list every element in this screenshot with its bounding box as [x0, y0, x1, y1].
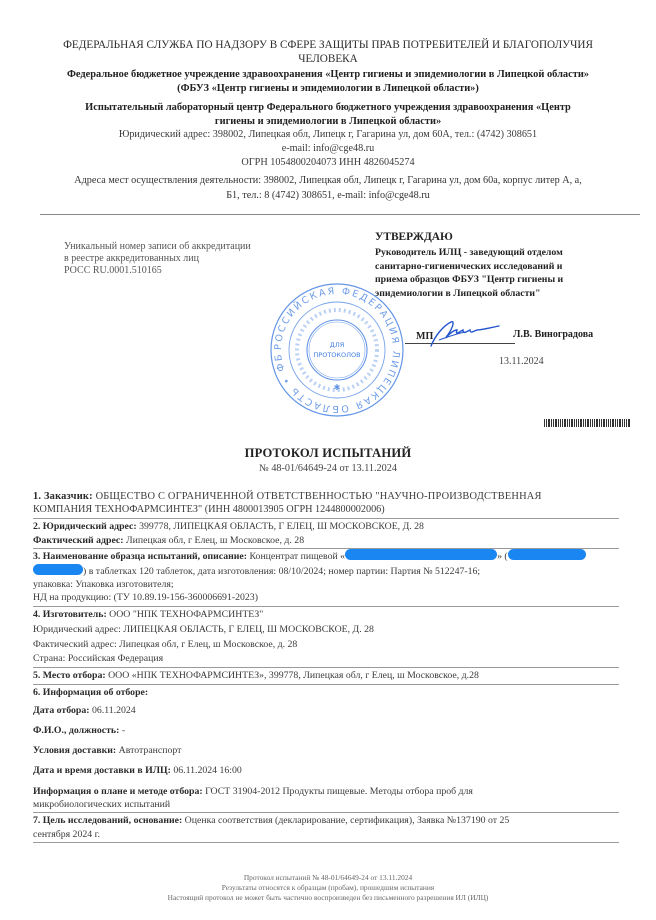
manufacturer-label: 4. Изготовитель:: [33, 609, 107, 620]
protocol-sections: 1. Заказчик: ОБЩЕСТВО С ОГРАНИЧЕННОЙ ОТВ…: [33, 490, 619, 843]
manufacturer-value: ООО "НПК ТЕХНОФАРМСИНТЕЗ": [107, 609, 264, 620]
institution-line-2: (ФБУЗ «Центр гигиены и эпидемиологии в Л…: [20, 82, 636, 96]
lab-line-1: Испытательный лабораторный центр Федерал…: [40, 101, 616, 115]
sample-nd: НД на продукцию: (ТУ 10.89.19-156-360006…: [33, 591, 619, 604]
approver-position-line-1: Руководитель ИЛЦ - заведующий отделом: [375, 246, 620, 260]
sampling-method-value: ГОСТ 31904-2012 Продукты пищевые. Методы…: [203, 786, 473, 797]
stamp-mark-label: МП: [416, 331, 433, 342]
sampling-place-label: 5. Место отбора:: [33, 670, 106, 681]
redaction-bar: [33, 564, 83, 575]
sampling-date-value: 06.11.2024: [90, 705, 136, 716]
activity-address-line-1: Адреса мест осуществления деятельности: …: [40, 173, 616, 188]
sampling-info-label: 6. Информация об отборе:: [33, 685, 619, 701]
person-value: -: [119, 725, 125, 736]
official-stamp-icon: РОССИЙСКАЯ ФЕДЕРАЦИЯ ЛИПЕЦКАЯ ОБЛАСТЬ • …: [268, 281, 406, 419]
sampling-method-value-line-2: микробиологических испытаний: [33, 798, 619, 811]
customer-label: 1. Заказчик:: [33, 491, 93, 502]
section-sample: 3. Наименование образца испытаний, описа…: [33, 549, 619, 607]
purpose-label: 7. Цель исследований, основание:: [33, 815, 182, 826]
sample-packaging: упаковка: Упаковка изготовителя;: [33, 578, 619, 591]
lab-email: e-mail: info@cge48.ru: [40, 142, 616, 156]
purpose-value-line-2: сентября 2024 г.: [33, 828, 619, 841]
delivery-time-value: 06.11.2024 16:00: [171, 765, 242, 776]
agency-line-2: ЧЕЛОВЕКА: [30, 52, 626, 66]
svg-text:✱: ✱: [334, 383, 341, 392]
sample-value-part-3: ) в таблетках 120 таблеток, дата изготов…: [83, 566, 480, 577]
sampling-method-label: Информация о плане и методе отбора:: [33, 786, 203, 797]
agency-header: ФЕДЕРАЛЬНАЯ СЛУЖБА ПО НАДЗОРУ В СФЕРЕ ЗА…: [30, 38, 626, 66]
protocol-number: № 48-01/64649-24 от 13.11.2024: [0, 463, 656, 474]
footer-line-3: Настоящий протокол не может быть частичн…: [0, 893, 656, 903]
accreditation-number: РОСС RU.0001.510165: [64, 265, 251, 277]
agency-line-1: ФЕДЕРАЛЬНАЯ СЛУЖБА ПО НАДЗОРУ В СФЕРЕ ЗА…: [30, 38, 626, 52]
manufacturer-actual-address: Фактический адрес: Липецкая обл, г Елец,…: [33, 637, 619, 652]
customer-value-line-2: КОМПАНИЯ ТЕХНОФАРМСИНТЕЗ" (ИНН 480001390…: [33, 503, 619, 516]
ogrn-inn: ОГРН 1054800204073 ИНН 4826045274: [40, 156, 616, 170]
lab-header: Испытательный лабораторный центр Федерал…: [40, 101, 616, 128]
legal-address-value: 399778, ЛИПЕЦКАЯ ОБЛАСТЬ, Г ЕЛЕЦ, Ш МОСК…: [137, 521, 424, 532]
redaction-bar: [345, 549, 497, 560]
section-purpose: 7. Цель исследований, основание: Оценка …: [33, 813, 619, 843]
legal-address-label: 2. Юридический адрес:: [33, 521, 137, 532]
protocol-title: ПРОТОКОЛ ИСПЫТАНИЙ: [0, 446, 656, 461]
approval-block: УТВЕРЖДАЮ Руководитель ИЛЦ - заведующий …: [375, 231, 620, 300]
customer-value: ОБЩЕСТВО С ОГРАНИЧЕННОЙ ОТВЕТСТВЕННОСТЬЮ…: [93, 491, 542, 502]
manufacturer-country: Страна: Российская Федерация: [33, 652, 619, 666]
institution-header: Федеральное бюджетное учреждение здравоо…: [20, 68, 636, 95]
header-divider: [40, 214, 640, 215]
approval-date: 13.11.2024: [499, 356, 544, 367]
section-sampling-place: 5. Место отбора: ООО «НПК ТЕХНОФАРМСИНТЕ…: [33, 668, 619, 685]
delivery-time-label: Дата и время доставки в ИЛЦ:: [33, 765, 171, 776]
purpose-value: Оценка соответствия (декларирование, сер…: [182, 815, 509, 826]
accreditation-line-2: в реестре аккредитованных лиц: [64, 253, 251, 265]
section-legal-address: 2. Юридический адрес: 399778, ЛИПЕЦКАЯ О…: [33, 519, 619, 549]
accreditation-line-1: Уникальный номер записи об аккредитации: [64, 241, 251, 253]
page-footer: Протокол испытаний № 48-01/64649-24 от 1…: [0, 873, 656, 903]
approval-title: УТВЕРЖДАЮ: [375, 231, 620, 244]
sampling-place-value: ООО «НПК ТЕХНОФАРМСИНТЕЗ», 399778, Липец…: [106, 670, 479, 681]
person-label: Ф.И.О., должность:: [33, 725, 119, 736]
delivery-conditions-value: Автотранспорт: [116, 745, 181, 756]
institution-line-1: Федеральное бюджетное учреждение здравоо…: [20, 68, 636, 82]
sample-value-part-1: Концентрат пищевой «: [247, 551, 345, 562]
approver-position-line-3: приема образцов ФБУЗ "Центр гигиены и: [375, 273, 620, 287]
section-sampling-info: 6. Информация об отборе: Дата отбора: 06…: [33, 685, 619, 813]
approver-position-line-2: санитарно-гигиенических исследований и: [375, 260, 620, 274]
activity-address: Адреса мест осуществления деятельности: …: [40, 173, 616, 203]
signature-icon: [425, 318, 505, 350]
actual-address-label: Фактический адрес:: [33, 535, 124, 546]
accreditation-block: Уникальный номер записи об аккредитации …: [64, 241, 251, 277]
section-manufacturer: 4. Изготовитель: ООО "НПК ТЕХНОФАРМСИНТЕ…: [33, 607, 619, 668]
legal-address: Юридический адрес: 398002, Липецкая обл,…: [40, 128, 616, 142]
sample-label: 3. Наименование образца испытаний, описа…: [33, 551, 247, 562]
approver-position-line-4: эпидемиологии в Липецкой области": [375, 287, 620, 301]
delivery-conditions-label: Условия доставки:: [33, 745, 116, 756]
barcode-icon: [544, 414, 630, 422]
signer-name: Л.В. Виноградова: [513, 329, 593, 340]
sampling-date-label: Дата отбора:: [33, 705, 90, 716]
sample-value-part-2: » (: [497, 551, 508, 562]
footer-line-2: Результаты относятся к образцам (пробам)…: [0, 883, 656, 893]
stamp-center-line-1: ДЛЯ: [330, 341, 344, 349]
approver-position: Руководитель ИЛЦ - заведующий отделом са…: [375, 246, 620, 300]
actual-address-value: Липецкая обл, г Елец, ш Московское, д. 2…: [124, 535, 305, 546]
footer-line-1: Протокол испытаний № 48-01/64649-24 от 1…: [0, 873, 656, 883]
redaction-bar: [508, 549, 586, 560]
lab-line-2: гигиены и эпидемиологии в Липецкой облас…: [40, 115, 616, 129]
manufacturer-legal-address: Юридический адрес: ЛИПЕЦКАЯ ОБЛАСТЬ, Г Е…: [33, 622, 619, 637]
stamp-center-line-2: ПРОТОКОЛОВ: [313, 351, 360, 359]
section-customer: 1. Заказчик: ОБЩЕСТВО С ОГРАНИЧЕННОЙ ОТВ…: [33, 490, 619, 519]
activity-address-line-2: Б1, тел.: 8 (4742) 308651, e-mail: info@…: [40, 188, 616, 203]
